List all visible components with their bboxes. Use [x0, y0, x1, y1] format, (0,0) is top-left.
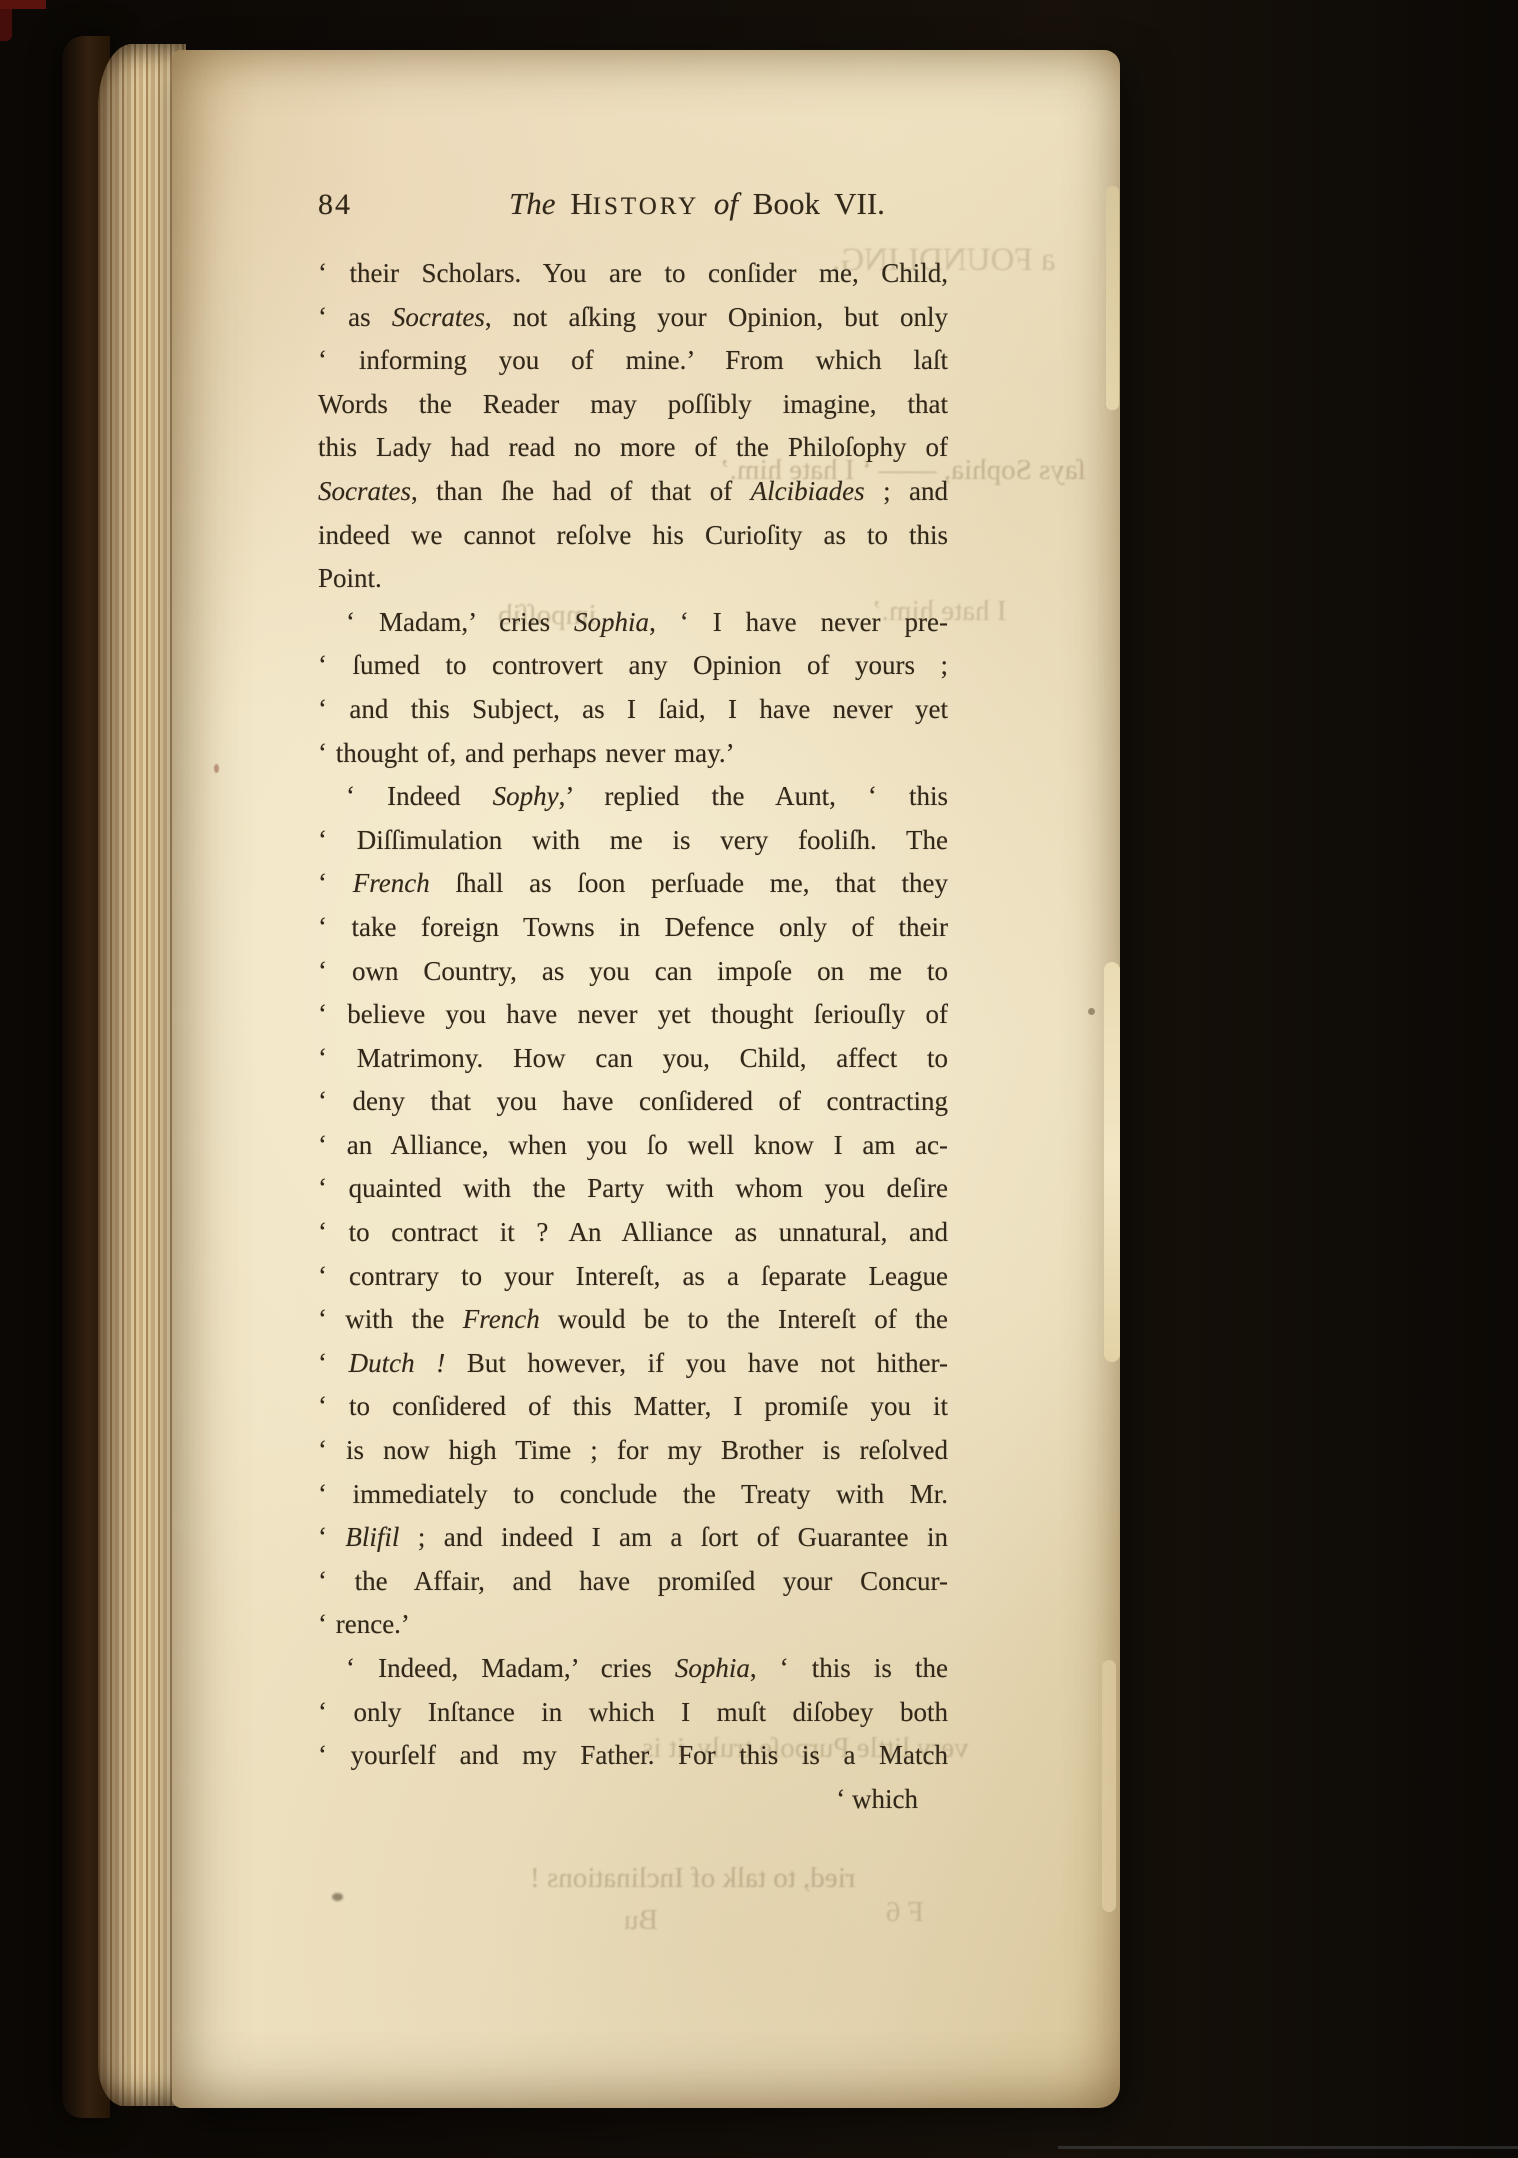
- italic-text: Blifil: [345, 1522, 399, 1552]
- text-segment: ‘ believe you have never yet thought ſer…: [318, 999, 948, 1029]
- text-line: ‘ Matrimony. How can you, Child, affect …: [318, 1037, 948, 1081]
- text-line: ‘ quainted with the Party with whom you …: [318, 1167, 948, 1211]
- text-segment: ‘ rence.’: [318, 1609, 410, 1639]
- text-segment: ‘ Indeed, Madam,’ cries: [346, 1653, 675, 1683]
- text-segment: ‘ is now high Time ; for my Brother is r…: [318, 1435, 948, 1465]
- text-line: ‘ Indeed, Madam,’ cries Sophia, ‘ this i…: [318, 1647, 948, 1691]
- running-title-segment: ISTORY: [593, 193, 699, 220]
- book-photo-scene: a FOUNDLING.ſays Sophia, —— ‘ I hate him…: [0, 0, 1518, 2158]
- italic-text: Dutch !: [349, 1348, 446, 1378]
- text-line: ‘ yourſelf and my Father. For this is a …: [318, 1734, 948, 1778]
- text-line: ‘ Dutch ! But however, if you have not h…: [318, 1342, 948, 1386]
- running-header: 84 The HISTORY of Book VII.: [318, 186, 948, 234]
- text-segment: ; and: [865, 476, 948, 506]
- text-segment: ‘ take foreign Towns in Defence only of …: [318, 912, 948, 942]
- text-segment: ‘ Indeed: [346, 781, 493, 811]
- italic-text: Sophia: [675, 1653, 750, 1683]
- text-column: 84 The HISTORY of Book VII. ‘ their Scho…: [318, 186, 948, 1821]
- table-edge-highlight: [1058, 2146, 1518, 2149]
- italic-text: Sophy: [493, 781, 559, 811]
- text-line: ‘ Blifil ; and indeed I am a ſort of Gua…: [318, 1516, 948, 1560]
- ink-speck: [332, 1893, 343, 1901]
- text-segment: ‘ thought of, and perhaps never may.’: [318, 738, 735, 768]
- photo-corner-mark: [0, 0, 46, 9]
- text-segment: ‘ deny that you have conſidered of contr…: [318, 1086, 948, 1116]
- text-segment: ‘ immediately to conclude the Treaty wit…: [318, 1479, 948, 1509]
- text-line: indeed we cannot reſolve his Curioſity a…: [318, 514, 948, 558]
- text-line: ‘ the Affair, and have promiſed your Con…: [318, 1560, 948, 1604]
- text-line: ‘ deny that you have conſidered of contr…: [318, 1080, 948, 1124]
- catchword: ‘ which: [318, 1778, 948, 1822]
- ink-speck: [214, 764, 219, 773]
- text-line: ‘ take foreign Towns in Defence only of …: [318, 906, 948, 950]
- text-segment: ‘ to conſidered of this Matter, I promiſ…: [318, 1391, 948, 1421]
- page-number: 84: [318, 188, 446, 222]
- text-line: ‘ Madam,’ cries Sophia, ‘ I have never p…: [318, 601, 948, 645]
- page-edge-sliver: [1106, 186, 1119, 410]
- text-segment: ‘ an Alliance, when you ſo well know I a…: [318, 1130, 948, 1160]
- italic-text: Alcibiades: [751, 476, 865, 506]
- italic-text: Sophia: [574, 607, 649, 637]
- text-line: ‘ believe you have never yet thought ſer…: [318, 993, 948, 1037]
- text-segment: ‘: [318, 868, 353, 898]
- running-title-segment: Book VII.: [738, 186, 885, 221]
- running-title-segment: [699, 186, 714, 221]
- text-segment: ‘ and this Subject, as I ſaid, I have ne…: [318, 694, 948, 724]
- text-line: ‘ their Scholars. You are to conſider me…: [318, 252, 948, 296]
- text-segment: ; and indeed I am a ſort of Guarantee in: [399, 1522, 948, 1552]
- text-segment: , ‘ this is the: [750, 1653, 948, 1683]
- body-text: ‘ their Scholars. You are to conſider me…: [318, 252, 948, 1778]
- text-line: ‘ is now high Time ; for my Brother is r…: [318, 1429, 948, 1473]
- italic-text: Socrates: [392, 302, 485, 332]
- text-segment: ‘ their Scholars. You are to conſider me…: [318, 258, 948, 288]
- italic-text: Socrates: [318, 476, 411, 506]
- text-line: ‘ with the French would be to the Intere…: [318, 1298, 948, 1342]
- running-title-segment: The: [509, 186, 556, 221]
- text-line: this Lady had read no more of the Philoſ…: [318, 426, 948, 470]
- text-segment: this Lady had read no more of the Philoſ…: [318, 432, 948, 462]
- text-line: ‘ an Alliance, when you ſo well know I a…: [318, 1124, 948, 1168]
- text-segment: ‘ Diſſimulation with me is very fooliſh.…: [318, 825, 948, 855]
- running-title-segment: of: [714, 186, 738, 221]
- bleed-through-text: ried, to talk of Inclinations !: [530, 1862, 855, 1895]
- text-segment: ‘ quainted with the Party with whom you …: [318, 1173, 948, 1203]
- text-line: ‘ thought of, and perhaps never may.’: [318, 732, 948, 776]
- running-title-segment: H: [570, 186, 592, 221]
- text-segment: ‘ as: [318, 302, 392, 332]
- bleed-through-text: F 6: [886, 1896, 924, 1929]
- text-line: ‘ own Country, as you can impoſe on me t…: [318, 950, 948, 994]
- text-line: ‘ contrary to your Intereſt, as a ſepara…: [318, 1255, 948, 1299]
- text-segment: would be to the Intereſt of the: [540, 1304, 948, 1334]
- text-segment: ‘: [318, 1522, 345, 1552]
- text-segment: ‘ contrary to your Intereſt, as a ſepara…: [318, 1261, 948, 1291]
- text-segment: ‘ Matrimony. How can you, Child, affect …: [318, 1043, 948, 1073]
- ink-speck: [1088, 1008, 1095, 1015]
- text-segment: ‘: [318, 1348, 349, 1378]
- text-segment: ‘ with the: [318, 1304, 463, 1334]
- text-segment: Point.: [318, 563, 382, 593]
- text-line: ‘ ſumed to controvert any Opinion of you…: [318, 644, 948, 688]
- text-line: ‘ rence.’: [318, 1603, 948, 1647]
- text-line: ‘ as Socrates, not aſking your Opinion, …: [318, 296, 948, 340]
- text-line: ‘ French ſhall as ſoon perſuade me, that…: [318, 862, 948, 906]
- text-segment: ſhall as ſoon perſuade me, that they: [430, 868, 948, 898]
- text-line: ‘ to conſidered of this Matter, I promiſ…: [318, 1385, 948, 1429]
- text-segment: ‘ ſumed to controvert any Opinion of you…: [318, 650, 948, 680]
- italic-text: French: [463, 1304, 540, 1334]
- bleed-through-text: Bu: [624, 1904, 658, 1937]
- text-line: ‘ to contract it ? An Alliance as unnatu…: [318, 1211, 948, 1255]
- text-segment: , than ſhe had of that of: [411, 476, 751, 506]
- page-edge-sliver: [1104, 962, 1120, 1362]
- text-segment: ‘ the Affair, and have promiſed your Con…: [318, 1566, 948, 1596]
- text-segment: ‘ yourſelf and my Father. For this is a …: [318, 1740, 948, 1770]
- text-segment: Words the Reader may poſſibly imagine, t…: [318, 389, 948, 419]
- text-line: ‘ and this Subject, as I ſaid, I have ne…: [318, 688, 948, 732]
- text-line: Socrates, than ſhe had of that of Alcibi…: [318, 470, 948, 514]
- text-line: Point.: [318, 557, 948, 601]
- running-title: The HISTORY of Book VII.: [446, 186, 948, 222]
- text-line: ‘ Indeed Sophy,’ replied the Aunt, ‘ thi…: [318, 775, 948, 819]
- photo-corner-mark: [0, 9, 12, 41]
- text-segment: indeed we cannot reſolve his Curioſity a…: [318, 520, 948, 550]
- text-segment: , ‘ I have never pre-: [649, 607, 948, 637]
- italic-text: French: [353, 868, 430, 898]
- text-segment: ‘ to contract it ? An Alliance as unnatu…: [318, 1217, 948, 1247]
- text-line: Words the Reader may poſſibly imagine, t…: [318, 383, 948, 427]
- text-segment: ‘ only Inſtance in which I muſt diſobey …: [318, 1697, 948, 1727]
- text-line: ‘ informing you of mine.’ From which laſ…: [318, 339, 948, 383]
- text-segment: ,’ replied the Aunt, ‘ this: [559, 781, 948, 811]
- text-segment: But however, if you have not hither-: [445, 1348, 948, 1378]
- text-line: ‘ immediately to conclude the Treaty wit…: [318, 1473, 948, 1517]
- text-line: ‘ only Inſtance in which I muſt diſobey …: [318, 1691, 948, 1735]
- page-edge-sliver: [1102, 1660, 1116, 1912]
- text-segment: ‘ informing you of mine.’ From which laſ…: [318, 345, 948, 375]
- running-title-segment: [556, 186, 571, 221]
- text-line: ‘ Diſſimulation with me is very fooliſh.…: [318, 819, 948, 863]
- text-segment: , not aſking your Opinion, but only: [485, 302, 948, 332]
- text-segment: ‘ own Country, as you can impoſe on me t…: [318, 956, 948, 986]
- text-segment: ‘ Madam,’ cries: [346, 607, 574, 637]
